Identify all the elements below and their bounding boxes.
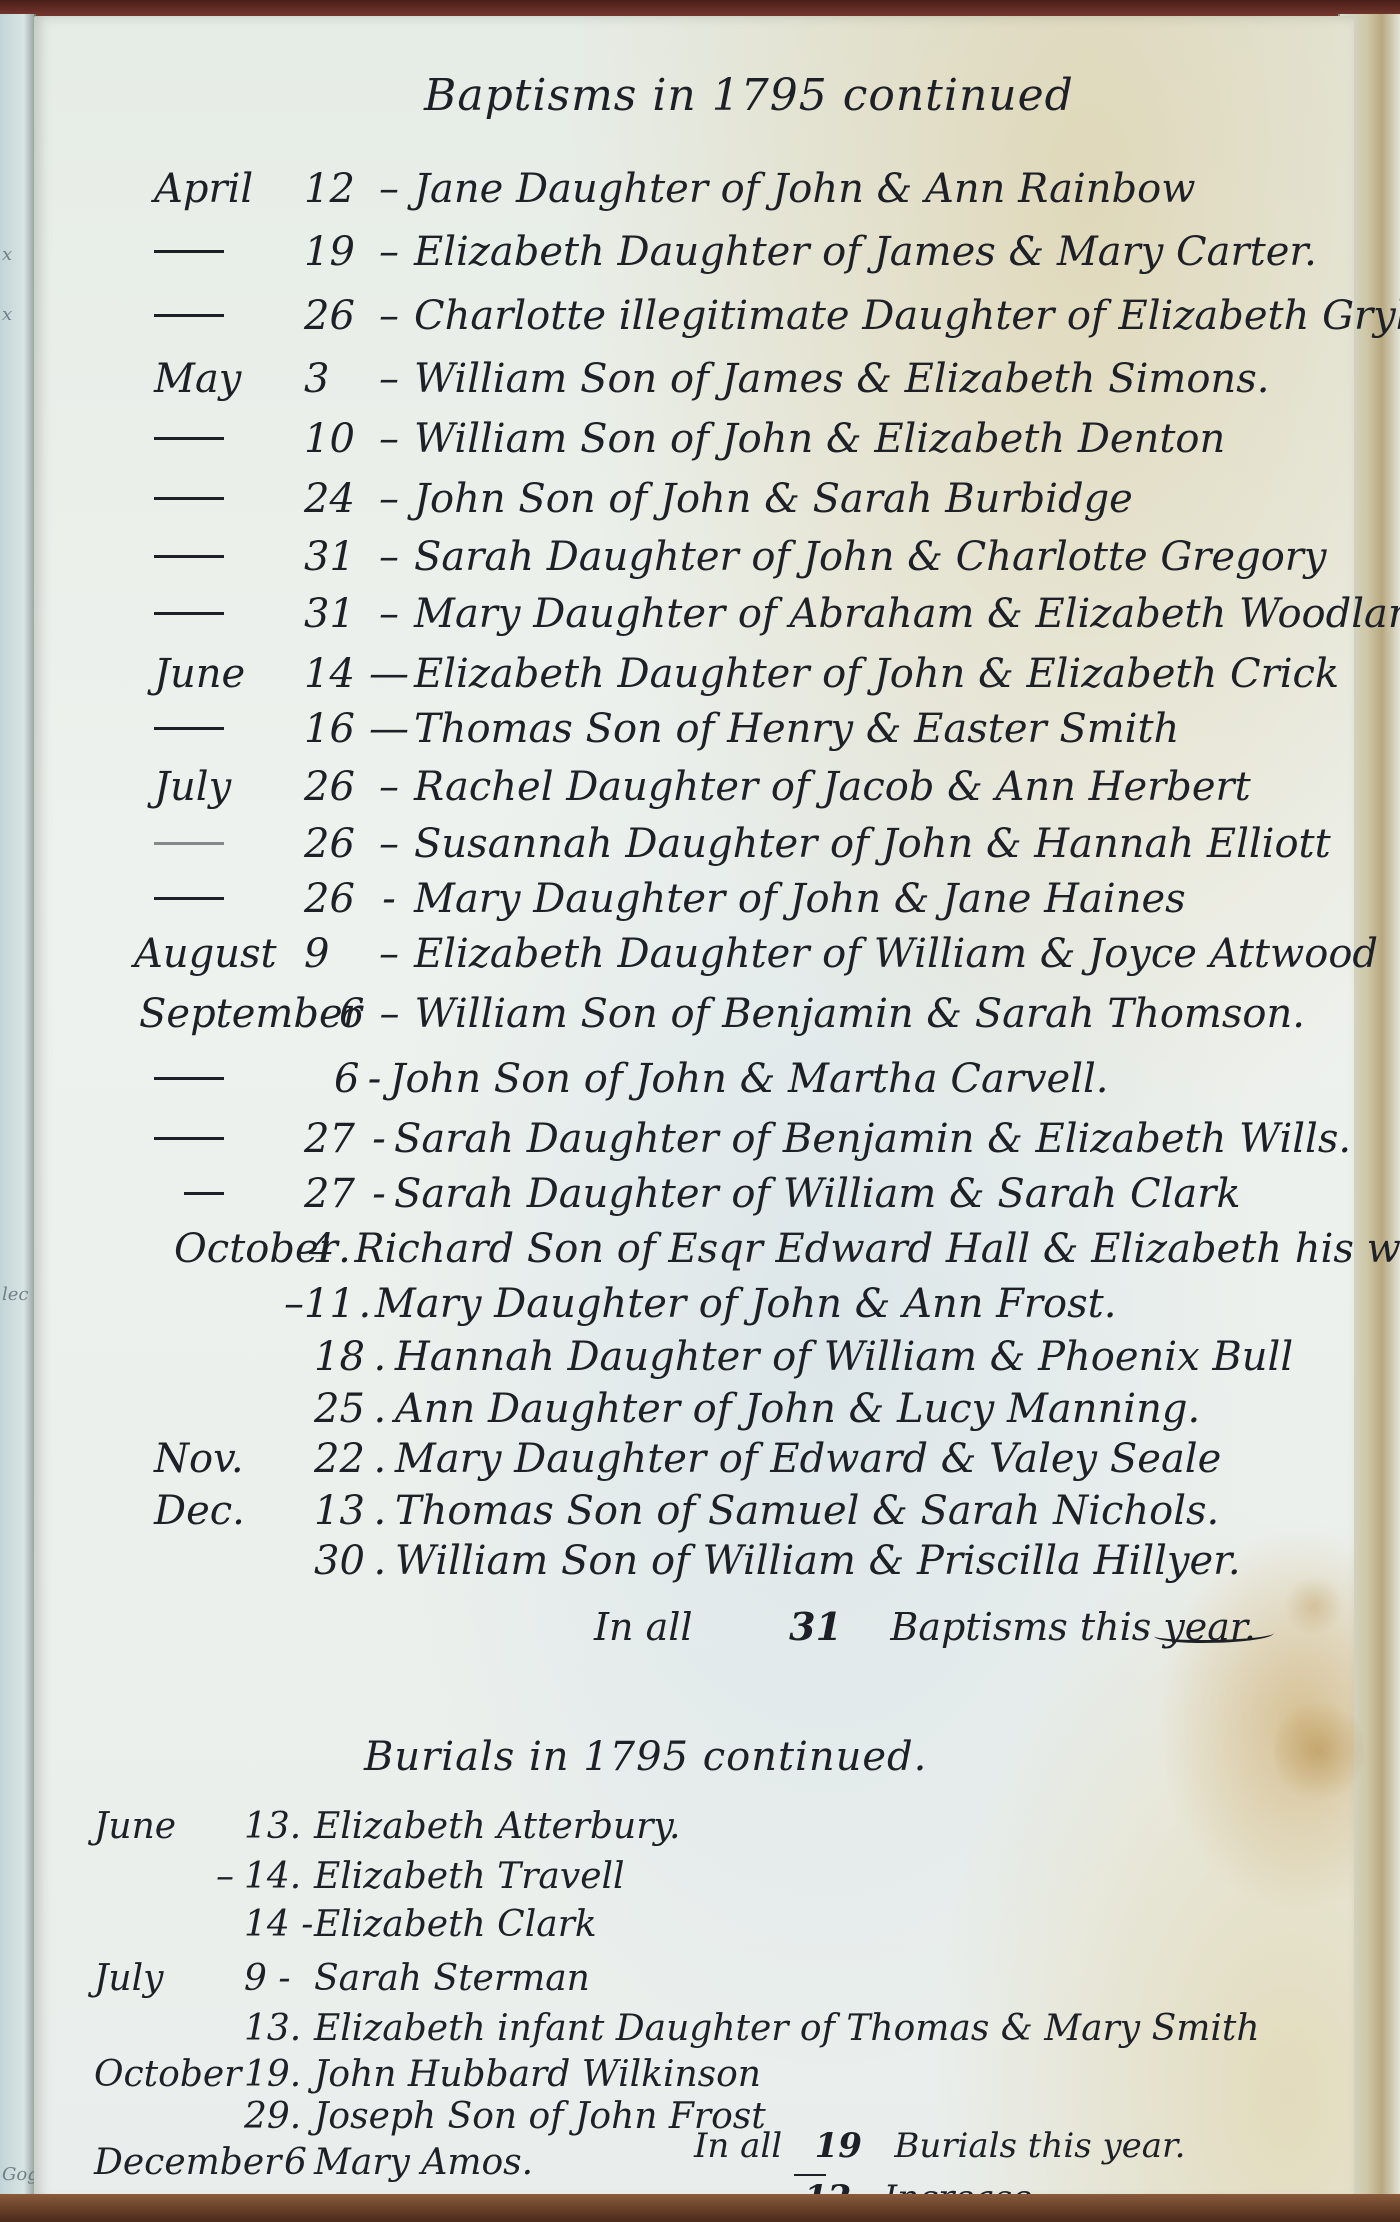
burials-total: In all 19 Burials this year.	[694, 2126, 1185, 2166]
entry-text: Elizabeth Atterbury.	[314, 1806, 680, 1847]
entry-day: 13.	[244, 2008, 314, 2049]
entry-month: December	[94, 2142, 284, 2183]
previous-page-edge: x x lec Gogl	[0, 14, 36, 2204]
entry-day: 19.	[244, 2054, 314, 2095]
entry-text: Sarah Sterman	[314, 1958, 590, 1999]
burial-entry: December 6 Mary Amos.	[94, 2142, 533, 2194]
entry-month: June	[94, 1806, 244, 1847]
margin-fragment: lec	[2, 1284, 29, 1305]
entry-text: Mary Amos.	[314, 2142, 533, 2183]
total-prefix: In all	[694, 2126, 782, 2166]
entry-text: John Hubbard Wilkinson	[314, 2054, 761, 2095]
burials-list: June 13. Elizabeth Atterbury. – 14. Eliz…	[94, 16, 1294, 2216]
book-binding-bottom	[0, 2194, 1400, 2222]
margin-fragment: x	[2, 304, 12, 325]
burial-entry: 14 - Elizabeth Clark	[94, 1904, 597, 1956]
entry-day: 29.	[244, 2096, 314, 2137]
burial-entry: 29. Joseph Son of John Frost	[94, 2096, 766, 2148]
entry-day: 6	[284, 2142, 314, 2183]
burial-entry: 13. Elizabeth infant Daughter of Thomas …	[94, 2008, 1260, 2060]
burial-entry: June 13. Elizabeth Atterbury.	[94, 1806, 680, 1858]
burial-entry: – 14. Elizabeth Travell	[94, 1856, 625, 1908]
entry-text: Elizabeth Clark	[314, 1904, 597, 1945]
total-suffix: Burials this year.	[894, 2126, 1185, 2166]
register-page: Baptisms in 1795 continued April 12 – Ja…	[34, 16, 1354, 2202]
entry-day: 13.	[244, 1806, 314, 1847]
entry-day: 14.	[244, 1856, 314, 1897]
burial-entry: July 9 - Sarah Sterman	[94, 1958, 590, 2010]
entry-day: 9 -	[244, 1958, 314, 1999]
total-divider	[794, 2174, 826, 2176]
entry-day: 14 -	[244, 1904, 314, 1945]
entry-text: Elizabeth Travell	[314, 1856, 625, 1897]
total-count: 19	[815, 2126, 862, 2166]
margin-fragment: x	[2, 244, 12, 265]
entry-month: July	[94, 1958, 244, 1999]
entry-month: October	[94, 2054, 244, 2095]
entry-text: Elizabeth infant Daughter of Thomas & Ma…	[314, 2008, 1260, 2049]
